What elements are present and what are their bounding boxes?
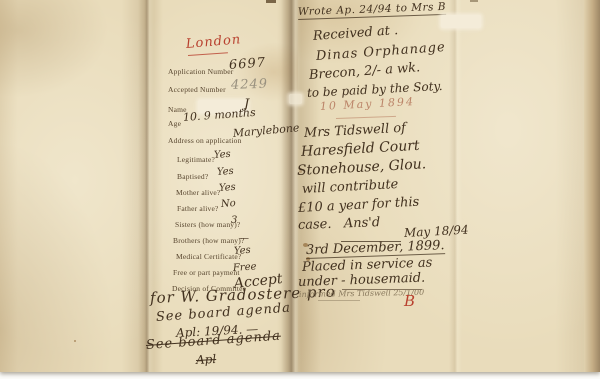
red-initial-b: B <box>404 294 415 309</box>
informed-underline <box>318 300 360 301</box>
left-page <box>0 0 148 372</box>
field-label-accepted-number: Accepted Number <box>168 85 226 94</box>
note-ten-pounds: £10 a year for this <box>298 196 420 215</box>
date-underline <box>336 116 396 119</box>
field-label-application-number: Application Number <box>168 67 233 76</box>
note-orphanage: Dinas Orphanage <box>316 41 447 63</box>
field-label-mother-alive: Mother alive? <box>176 188 220 197</box>
scanned-document-paper: London Application Number Accepted Numbe… <box>0 0 600 372</box>
field-label-age: Age <box>168 119 181 128</box>
committee-note-struck: See board agenda <box>146 330 282 352</box>
region-label-underline <box>188 52 228 56</box>
note-wrote-date: Wrote Ap. 24/94 to Mrs B <box>298 2 446 20</box>
note-received-at: Received at . <box>313 24 399 43</box>
field-value-legitimate: Yes <box>214 150 231 161</box>
note-stonehouse: Stonehouse, Glou. <box>297 157 427 178</box>
note-brecon: Brecon, 2/- a wk. <box>309 61 421 82</box>
field-value-brothers: — <box>239 234 249 244</box>
field-value-father-alive: No <box>221 199 236 210</box>
field-label-free-or-part-payment: Free or part payment <box>173 268 240 277</box>
note-haresfield: Haresfield Court <box>301 139 420 159</box>
field-value-sisters: 3 <box>231 216 237 226</box>
right-paper-edge <box>584 0 600 372</box>
field-label-father-alive: Father alive? <box>177 204 219 213</box>
committee-note-struck: Apl <box>196 353 217 366</box>
redaction-patch <box>289 94 302 104</box>
note-case-ansd: case. Ans'd <box>298 216 381 232</box>
redaction-patch <box>441 15 481 28</box>
note-will-contribute: will contribute <box>302 178 399 196</box>
note-under-housemaid: under - housemaid. <box>298 272 426 289</box>
field-value-medical-certificate: Yes <box>234 246 251 257</box>
field-value-baptised: Yes <box>217 167 234 178</box>
paper-tear-notch <box>266 0 276 3</box>
field-value-mother-alive: Yes <box>219 183 236 194</box>
field-value-address: Marylebone <box>233 122 300 139</box>
field-label-medical-certificate: Medical Certificate? <box>176 252 241 261</box>
fold-spine <box>281 0 301 372</box>
field-label-baptised: Baptised? <box>177 172 208 181</box>
fold-crease-right <box>449 0 462 372</box>
field-label-address: Address on application <box>168 136 242 145</box>
region-label: London <box>185 33 241 51</box>
field-value-application-number: 6697 <box>229 56 267 72</box>
fold-crease-left <box>138 0 154 372</box>
ink-dot <box>74 340 76 342</box>
note-tidswell: Mrs Tidswell of <box>304 122 407 140</box>
field-value-free-or-part-payment: Free <box>233 262 257 274</box>
field-value-age: 10. 9 months <box>183 107 256 123</box>
field-label-brothers: Brothers (how many)? <box>173 236 244 245</box>
note-date-may-1894: 10 May 1894 <box>320 96 415 112</box>
field-label-legitimate: Legitimate? <box>177 155 215 164</box>
field-value-accepted-number: 4249 <box>231 78 269 92</box>
note-date-may-18: May 18/94 <box>404 224 469 239</box>
paper-tear-notch <box>470 0 478 2</box>
